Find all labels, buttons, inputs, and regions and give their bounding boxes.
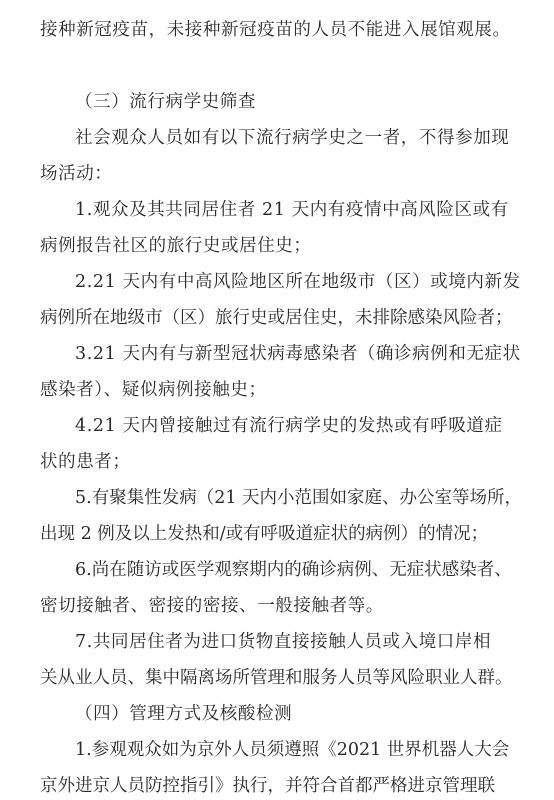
list-item-2: 2.21 天内有中高风险地区所在地级市（区）或境内新发	[75, 270, 515, 294]
text-line: 密切接触者、密接的密接、一般接触者等。	[40, 594, 514, 618]
section-heading-management: （四）管理方式及核酸检测	[75, 702, 549, 726]
list-item-5: 5.有聚集性发病（21 天内小范围如家庭、办公室等场所，	[75, 486, 515, 510]
text-line: 关从业人员、集中隔离场所管理和服务人员等风险职业人群。	[40, 666, 514, 690]
text-line: 状的患者；	[40, 450, 514, 474]
list-item-1: 1.参观观众如为京外人员须遵照《2021 世界机器人大会	[75, 738, 515, 762]
text-line: 京外进京人员防控指引》执行，并符合首都严格进京管理联	[40, 774, 514, 798]
document-page: 接种新冠疫苗，未接种新冠疫苗的人员不能进入展馆观展。 （三）流行病学史筛查 社会…	[0, 0, 554, 800]
list-item-6: 6.尚在随访或医学观察期内的确诊病例、无症状感染者、	[75, 558, 515, 582]
text-line: 接种新冠疫苗，未接种新冠疫苗的人员不能进入展馆观展。	[40, 18, 514, 42]
section-heading-epidemiology: （三）流行病学史筛查	[75, 90, 549, 114]
text-line: 社会观众人员如有以下流行病学史之一者，不得参加现	[75, 126, 515, 150]
list-item-3: 3.21 天内有与新型冠状病毒感染者（确诊病例和无症状	[75, 342, 515, 366]
text-line: 感染者）、疑似病例接触史；	[40, 378, 514, 402]
list-item-4: 4.21 天内曾接触过有流行病学史的发热或有呼吸道症	[75, 414, 515, 438]
text-line: 出现 2 例及以上发热和/或有呼吸道症状的病例）的情况；	[40, 522, 514, 546]
list-item-7: 7.共同居住者为进口货物直接接触人员或入境口岸相	[75, 630, 515, 654]
list-item-1: 1.观众及其共同居住者 21 天内有疫情中高风险区或有	[75, 198, 515, 222]
text-line: 病例报告社区的旅行史或居住史；	[40, 234, 514, 258]
text-line: 场活动：	[40, 162, 514, 186]
text-line: 病例所在地级市（区）旅行史或居住史，未排除感染风险者；	[40, 306, 514, 330]
